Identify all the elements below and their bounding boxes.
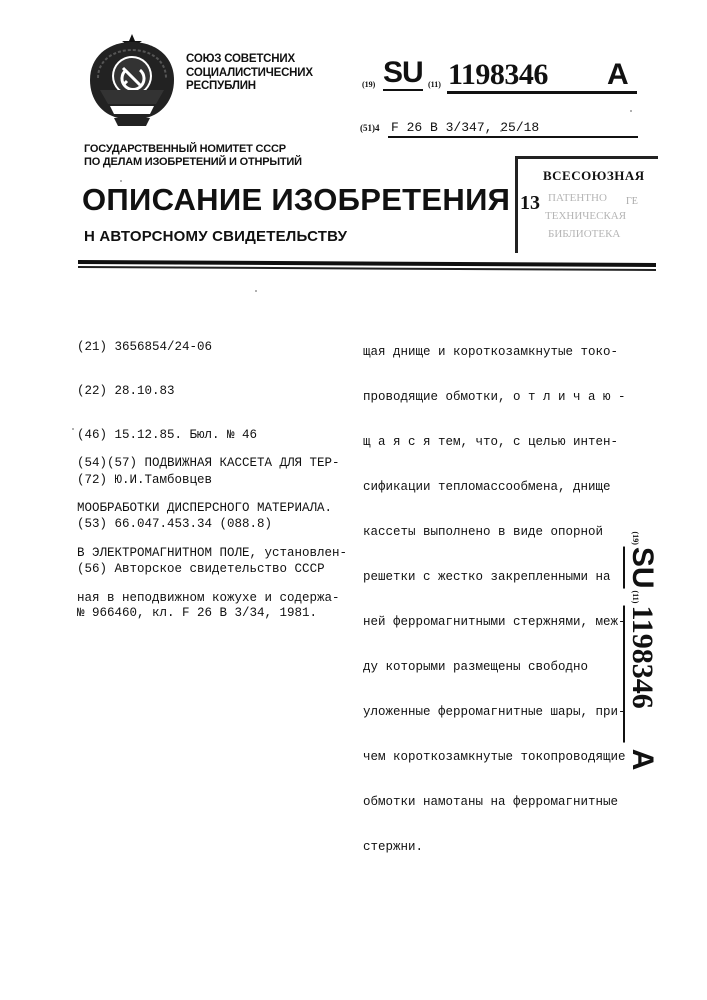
claim-line: МООБРАБОТКИ ДИСПЕРСНОГО МАТЕРИАЛА. <box>77 501 347 516</box>
ipc-tag: (51)4 <box>360 123 380 133</box>
committee-line-1: ГОСУДАРСТВЕННЫЙ НОМИТЕТ СССР <box>84 143 302 156</box>
header-rule-thin <box>78 266 656 271</box>
claim-line: кассеты выполнено в виде опорной <box>363 525 626 540</box>
committee-line-2: ПО ДЕЛАМ ИЗОБРЕТЕНИЙ И ОТНРЫТИЙ <box>84 156 302 169</box>
union-line-1: СОЮЗ СОВЕТСНИХ <box>186 53 313 67</box>
claim-line: проводящие обмотки, о т л и ч а ю - <box>363 390 626 405</box>
stamp-line-1: ПАТЕНТНО <box>548 192 607 204</box>
union-line-2: СОЦИАЛИСТИЧЕСНИХ <box>186 67 313 81</box>
country-code: SU <box>383 57 423 91</box>
claim-line: ная в неподвижном кожухе и содержа- <box>77 591 347 606</box>
committee-name: ГОСУДАРСТВЕННЫЙ НОМИТЕТ СССР ПО ДЕЛАМ ИЗ… <box>84 143 302 169</box>
country-tag: (19) <box>362 80 375 89</box>
stamp-side-text: ГЕ <box>626 196 638 207</box>
ipc-underline <box>388 136 638 138</box>
stamp-line-2: ТЕХНИЧЕСКАЯ <box>545 210 626 222</box>
claim-text-left: (54)(57) ПОДВИЖНАЯ КАССЕТА ДЛЯ ТЕР- МООБ… <box>77 426 347 621</box>
claim-line: ду которыми размещены свободно <box>363 660 626 675</box>
claim-line: щая днище и короткозамкнутые токо- <box>363 345 626 360</box>
page-title: ОПИСАНИЕ ИЗОБРЕТЕНИЯ <box>82 183 510 217</box>
claim-line: (54)(57) ПОДВИЖНАЯ КАССЕТА ДЛЯ ТЕР- <box>77 456 347 471</box>
scan-speck <box>72 428 74 430</box>
union-name: СОЮЗ СОВЕТСНИХ СОЦИАЛИСТИЧЕСНИХ РЕСПУБЛИ… <box>186 53 313 94</box>
side-patent-number: (19) SU (11) 1198346 A <box>596 510 686 790</box>
claim-line: стержни. <box>363 840 626 855</box>
biblio-row: (21) 3656854/24-06 <box>77 340 325 355</box>
patent-number: 1198346 <box>448 60 548 90</box>
patent-kind: A <box>607 60 629 90</box>
stamp-line-3: БИБЛИОТЕКА <box>548 228 620 240</box>
claim-line: чем короткозамкнутые токопроводящие <box>363 750 626 765</box>
claim-line: сификации тепломассообмена, днище <box>363 480 626 495</box>
claim-line: решетки с жестко закрепленными на <box>363 570 626 585</box>
claim-line: В ЭЛЕКТРОМАГНИТНОМ ПОЛЕ, установлен- <box>77 546 347 561</box>
claim-line: ней ферромагнитными стержнями, меж- <box>363 615 626 630</box>
number-tag: (11) <box>428 80 441 89</box>
stamp-heading: ВСЕСОЮЗНАЯ <box>543 168 645 184</box>
ipc-classification: F 26 B 3/347, 25/18 <box>391 120 539 135</box>
number-underline <box>447 91 637 94</box>
ussr-coat-of-arms-icon <box>80 30 184 134</box>
union-line-3: РЕСПУБЛИН <box>186 80 313 94</box>
scan-speck <box>500 130 502 132</box>
stamp-number: 13 <box>520 192 540 215</box>
claim-line: обмотки намотаны на ферромагнитные <box>363 795 626 810</box>
claim-text-right: щая днище и короткозамкнутые токо- прово… <box>363 315 626 870</box>
biblio-row: (22) 28.10.83 <box>77 384 325 399</box>
claim-line: уложенные ферромагнитные шары, при- <box>363 705 626 720</box>
scan-speck <box>255 290 257 292</box>
scan-speck <box>120 180 122 182</box>
page-subtitle: Н АВТОРСНОМУ СВИДЕТЕЛЬСТВУ <box>84 228 347 245</box>
scan-speck <box>630 110 632 112</box>
claim-line: щ а я с я тем, что, с целью интен- <box>363 435 626 450</box>
